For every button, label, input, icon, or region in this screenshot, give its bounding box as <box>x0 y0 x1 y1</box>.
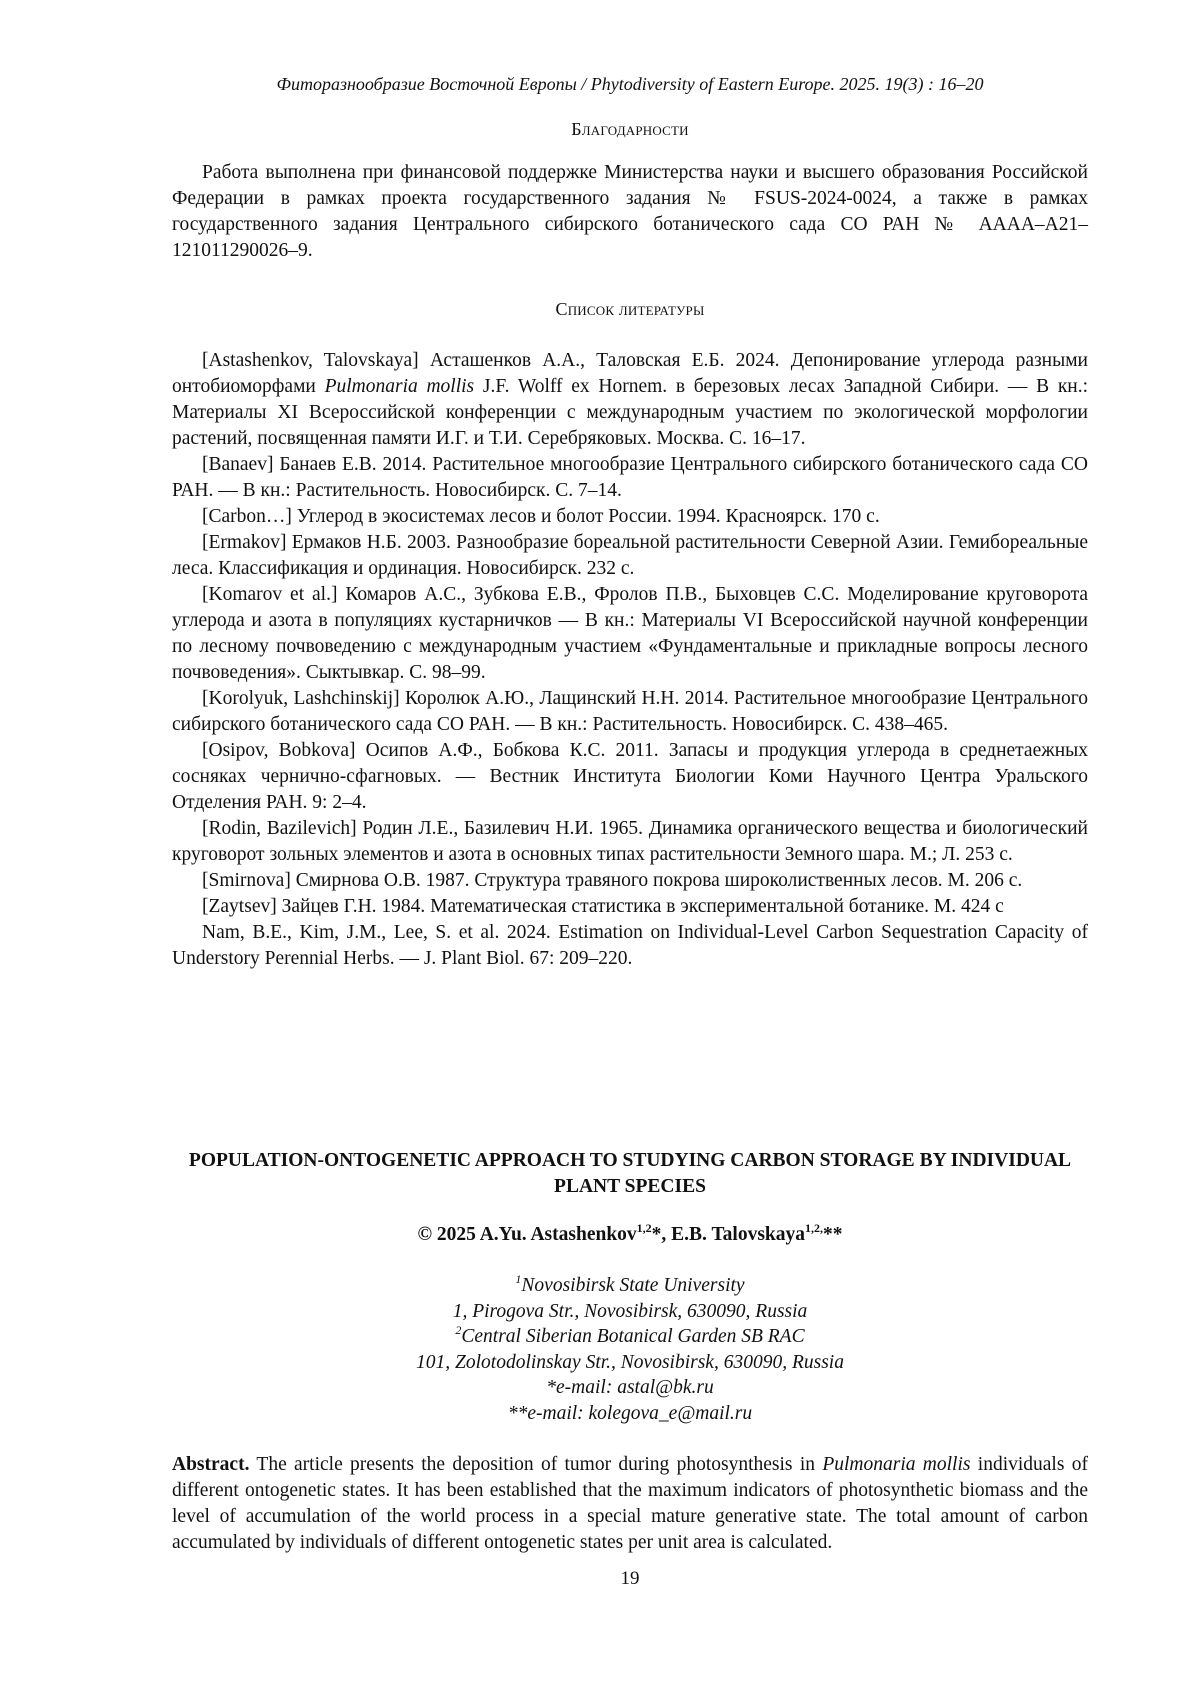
reference-list: [Astashenkov, Talovskaya] Асташенков А.А… <box>172 348 1088 972</box>
affiliation-text: Central Siberian Botanical Garden SB RAC <box>461 1326 804 1347</box>
affiliation-text: 101, Zolotodolinskay Str., Novosibirsk, … <box>416 1352 844 1373</box>
abstract-label: Abstract. <box>172 1454 249 1475</box>
reference-key: [Zaytsev] <box>202 896 277 917</box>
email-text: *e-mail: astal@bk.ru <box>546 1377 713 1398</box>
acknowledgements-text: Работа выполнена при финансовой поддержк… <box>172 160 1088 264</box>
copyright-year: © 2025 <box>417 1224 479 1245</box>
reference-text: Углерод в экосистемах лесов и болот Росс… <box>292 506 880 527</box>
running-header: Фиторазнообразие Восточной Европы / Phyt… <box>172 73 1088 95</box>
english-article-title: POPULATION-ONTOGENETIC APPROACH TO STUDY… <box>172 1148 1088 1200</box>
email-marker: * <box>652 1224 662 1245</box>
reference-text: Ермаков Н.Б. 2003. Разнообразие бореальн… <box>172 532 1088 579</box>
reference-item: [Astashenkov, Talovskaya] Асташенков А.А… <box>172 348 1088 452</box>
reference-item: [Komarov et al.] Комаров А.С., Зубкова Е… <box>172 582 1088 686</box>
references-heading: Список литературы <box>172 298 1088 320</box>
author-line: © 2025 A.Yu. Astashenkov1,2*, E.B. Talov… <box>172 1222 1088 1248</box>
reference-key: [Ermakov] <box>202 532 286 553</box>
reference-key: [Korolyuk, Lashchinskij] <box>202 688 400 709</box>
acknowledgements-heading: Благодарности <box>172 118 1088 140</box>
reference-item: [Smirnova] Смирнова О.В. 1987. Структура… <box>172 868 1088 894</box>
species-name: Pulmonaria mollis <box>822 1454 970 1475</box>
page-number: 19 <box>172 1568 1088 1590</box>
affiliation-line: 2Central Siberian Botanical Garden SB RA… <box>172 1324 1088 1350</box>
affiliation-marker: 1,2, <box>805 1221 823 1235</box>
reference-item: Nam, B.E., Kim, J.M., Lee, S. et al. 202… <box>172 920 1088 972</box>
reference-text: Смирнова О.В. 1987. Структура травяного … <box>291 870 1022 891</box>
reference-item: [Banaev] Банаев Е.В. 2014. Растительное … <box>172 452 1088 504</box>
reference-item: [Korolyuk, Lashchinskij] Королюк А.Ю., Л… <box>172 686 1088 738</box>
reference-item: [Osipov, Bobkova] Осипов А.Ф., Бобкова К… <box>172 738 1088 816</box>
affiliations: 1Novosibirsk State University 1, Pirogov… <box>172 1273 1088 1426</box>
reference-text: Банаев Е.В. 2014. Растительное многообра… <box>172 454 1088 501</box>
affiliation-marker: 1,2 <box>637 1221 652 1235</box>
reference-key: [Rodin, Bazilevich] <box>202 818 357 839</box>
author-name: A.Yu. Astashenkov <box>480 1224 637 1245</box>
reference-item: [Zaytsev] Зайцев Г.Н. 1984. Математическ… <box>172 894 1088 920</box>
reference-item: [Rodin, Bazilevich] Родин Л.Е., Базилеви… <box>172 816 1088 868</box>
author-separator: , <box>661 1224 671 1245</box>
email-marker: ** <box>823 1224 843 1245</box>
reference-key: [Astashenkov, Talovskaya] <box>202 350 419 371</box>
email-line: **e-mail: kolegova_e@mail.ru <box>172 1401 1088 1427</box>
reference-text: Зайцев Г.Н. 1984. Математическая статист… <box>277 896 1004 917</box>
affiliation-text: 1, Pirogova Str., Novosibirsk, 630090, R… <box>453 1301 808 1322</box>
email-line: *e-mail: astal@bk.ru <box>172 1375 1088 1401</box>
email-text: **e-mail: kolegova_e@mail.ru <box>508 1403 752 1424</box>
reference-key: [Smirnova] <box>202 870 291 891</box>
author-name: E.B. Talovskaya <box>671 1224 805 1245</box>
reference-key: [Carbon…] <box>202 506 292 527</box>
affiliation-line: 1, Pirogova Str., Novosibirsk, 630090, R… <box>172 1299 1088 1325</box>
abstract: Abstract. The article presents the depos… <box>172 1452 1088 1556</box>
affiliation-text: Novosibirsk State University <box>521 1275 744 1296</box>
reference-key: [Osipov, Bobkova] <box>202 740 356 761</box>
affiliation-line: 101, Zolotodolinskay Str., Novosibirsk, … <box>172 1350 1088 1376</box>
reference-key: [Komarov et al.] <box>202 584 337 605</box>
reference-text: Kim, J.M., Lee, S. et al. 2024. Estimati… <box>172 922 1088 969</box>
affiliation-line: 1Novosibirsk State University <box>172 1273 1088 1299</box>
species-name: Pulmonaria mollis <box>325 376 475 397</box>
abstract-text: The article presents the deposition of t… <box>249 1454 822 1475</box>
reference-item: [Carbon…] Углерод в экосистемах лесов и … <box>172 504 1088 530</box>
reference-key: [Banaev] <box>202 454 273 475</box>
reference-item: [Ermakov] Ермаков Н.Б. 2003. Разнообрази… <box>172 530 1088 582</box>
reference-key: Nam, B.E., <box>202 922 292 943</box>
